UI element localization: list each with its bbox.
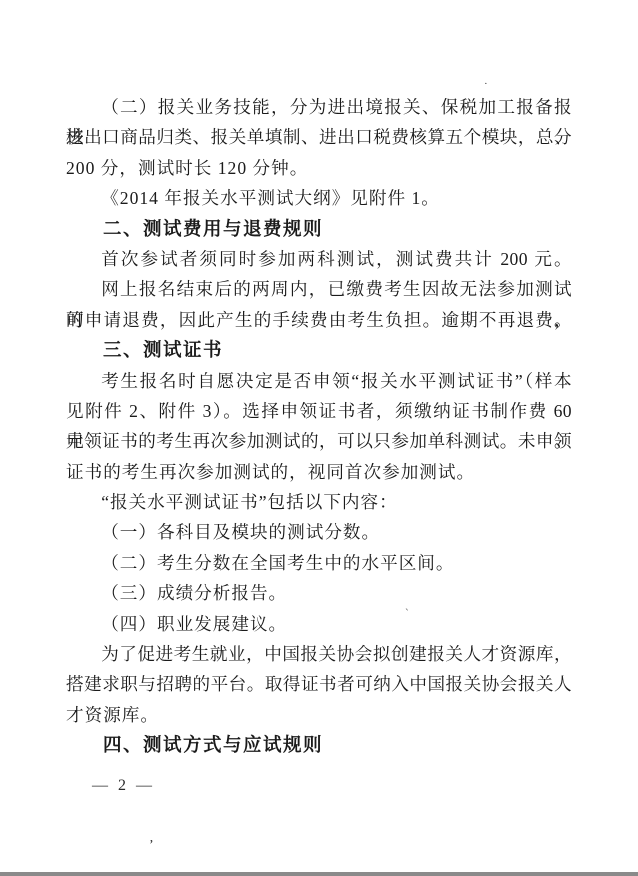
paragraph-line: 见附件 2、附件 3）。选择申领证书者，须缴纳证书制作费 60 元。 <box>66 396 572 426</box>
paragraph-line: 200 分，测试时长 120 分钟。 <box>66 153 572 183</box>
list-item-line: （三）成绩分析报告。 <box>66 578 572 608</box>
list-item-line: （四）职业发展建议。 <box>66 609 572 639</box>
section-heading-certificate: 三、测试证书 <box>66 335 572 365</box>
list-item-line: （一）各科目及模块的测试分数。 <box>66 517 572 547</box>
scanned-document-page: （二）报关业务技能，分为进出境报关、保税加工报备报核、 进出口商品归类、报关单填… <box>0 0 638 876</box>
paragraph-line: （二）报关业务技能，分为进出境报关、保税加工报备报核、 <box>66 92 572 122</box>
section-heading-rules: 四、测试方式与应试规则 <box>66 730 572 760</box>
paragraph-line: 可申请退费，因此产生的手续费由考生负担。逾期不再退费。 <box>66 305 572 335</box>
paragraph-line: 网上报名结束后的两周内，已缴费考生因故无法参加测试的， <box>66 274 572 304</box>
paragraph-line: 申领证书的考生再次参加测试的，可以只参加单科测试。未申领 <box>66 426 572 456</box>
paragraph-line: 搭建求职与招聘的平台。取得证书者可纳入中国报关协会报关人 <box>66 669 572 699</box>
paragraph-line: 考生报名时自愿决定是否申领“报关水平测试证书”（样本 <box>66 366 572 396</box>
scan-artifact-dot: · <box>484 78 488 90</box>
document-text-block: （二）报关业务技能，分为进出境报关、保税加工报备报核、 进出口商品归类、报关单填… <box>66 92 572 761</box>
paragraph-line: 证书的考生再次参加测试的，视同首次参加测试。 <box>66 457 572 487</box>
page-number: — 2 — <box>92 777 155 795</box>
paragraph-line: “报关水平测试证书”包括以下内容： <box>66 487 572 517</box>
section-heading-fees: 二、测试费用与退费规则 <box>66 214 572 244</box>
paragraph-line: 为了促进考生就业，中国报关协会拟创建报关人才资源库， <box>66 639 572 669</box>
paragraph-line: 进出口商品归类、报关单填制、进出口税费核算五个模块，总分 <box>66 122 572 152</box>
list-item-line: （二）考生分数在全国考生中的水平区间。 <box>66 548 572 578</box>
paragraph-line: 《2014 年报关水平测试大纲》见附件 1。 <box>66 183 572 213</box>
paragraph-line: 首次参试者须同时参加两科测试，测试费共计 200 元。 <box>66 244 572 274</box>
paragraph-line: 才资源库。 <box>66 700 572 730</box>
scanner-edge-bar <box>0 872 638 876</box>
scan-artifact-apostrophe: ’ <box>149 838 154 854</box>
